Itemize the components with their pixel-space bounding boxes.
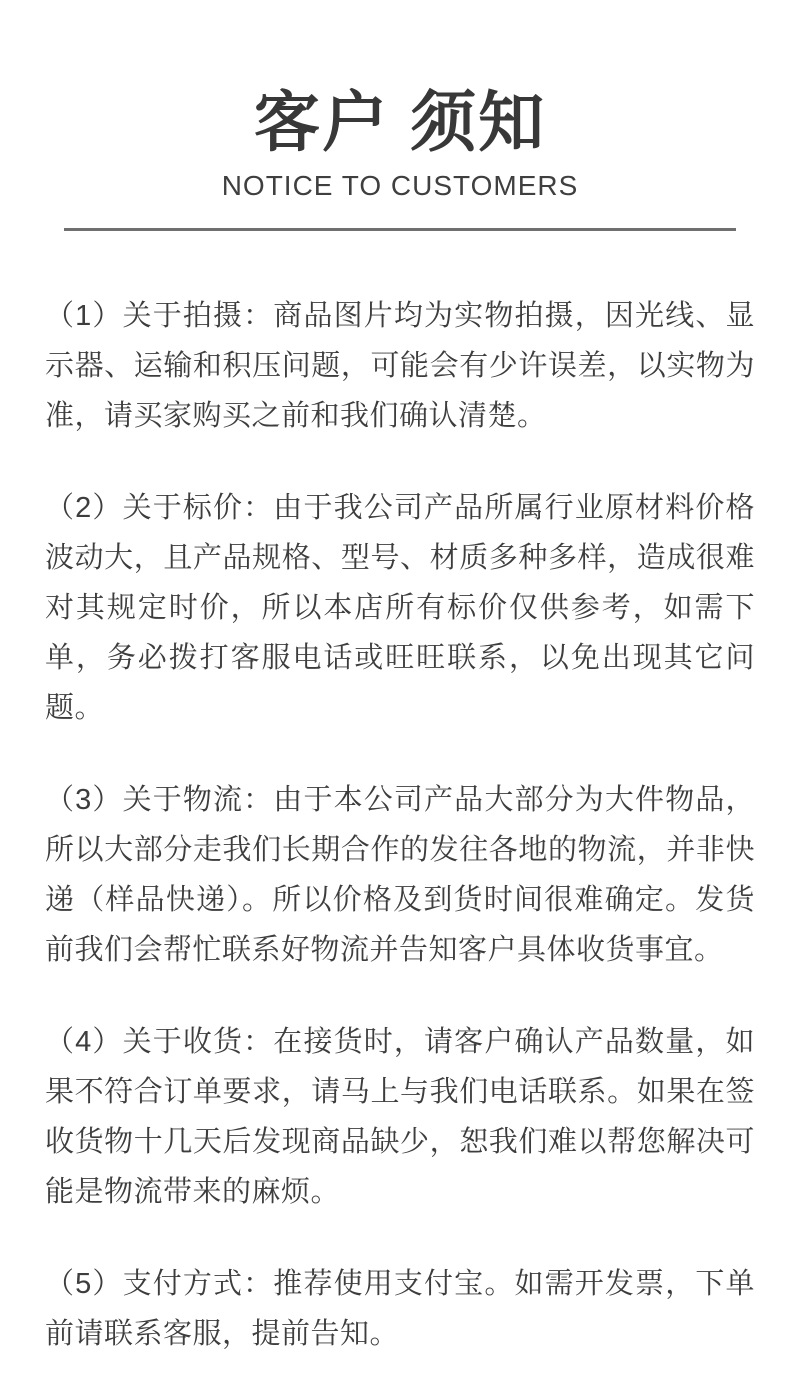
- notice-paragraph-5: （5）支付方式：推荐使用支付宝。如需开发票，下单前请联系客服，提前告知。: [45, 1259, 755, 1359]
- header-divider: [64, 228, 736, 231]
- notice-paragraph-1: （1）关于拍摄：商品图片均为实物拍摄，因光线、显示器、运输和积压问题，可能会有少…: [45, 291, 755, 441]
- notice-page: 客户 须知 NOTICE TO CUSTOMERS （1）关于拍摄：商品图片均为…: [0, 0, 800, 1374]
- notice-content: （1）关于拍摄：商品图片均为实物拍摄，因光线、显示器、运输和积压问题，可能会有少…: [0, 291, 800, 1359]
- page-subtitle: NOTICE TO CUSTOMERS: [0, 170, 800, 202]
- notice-paragraph-3: （3）关于物流：由于本公司产品大部分为大件物品，所以大部分走我们长期合作的发往各…: [45, 775, 755, 975]
- page-title: 客户 须知: [0, 86, 800, 158]
- notice-paragraph-2: （2）关于标价：由于我公司产品所属行业原材料价格波动大，且产品规格、型号、材质多…: [45, 483, 755, 733]
- notice-paragraph-4: （4）关于收货：在接货时，请客户确认产品数量，如果不符合订单要求，请马上与我们电…: [45, 1017, 755, 1217]
- notice-header: 客户 须知 NOTICE TO CUSTOMERS: [0, 0, 800, 231]
